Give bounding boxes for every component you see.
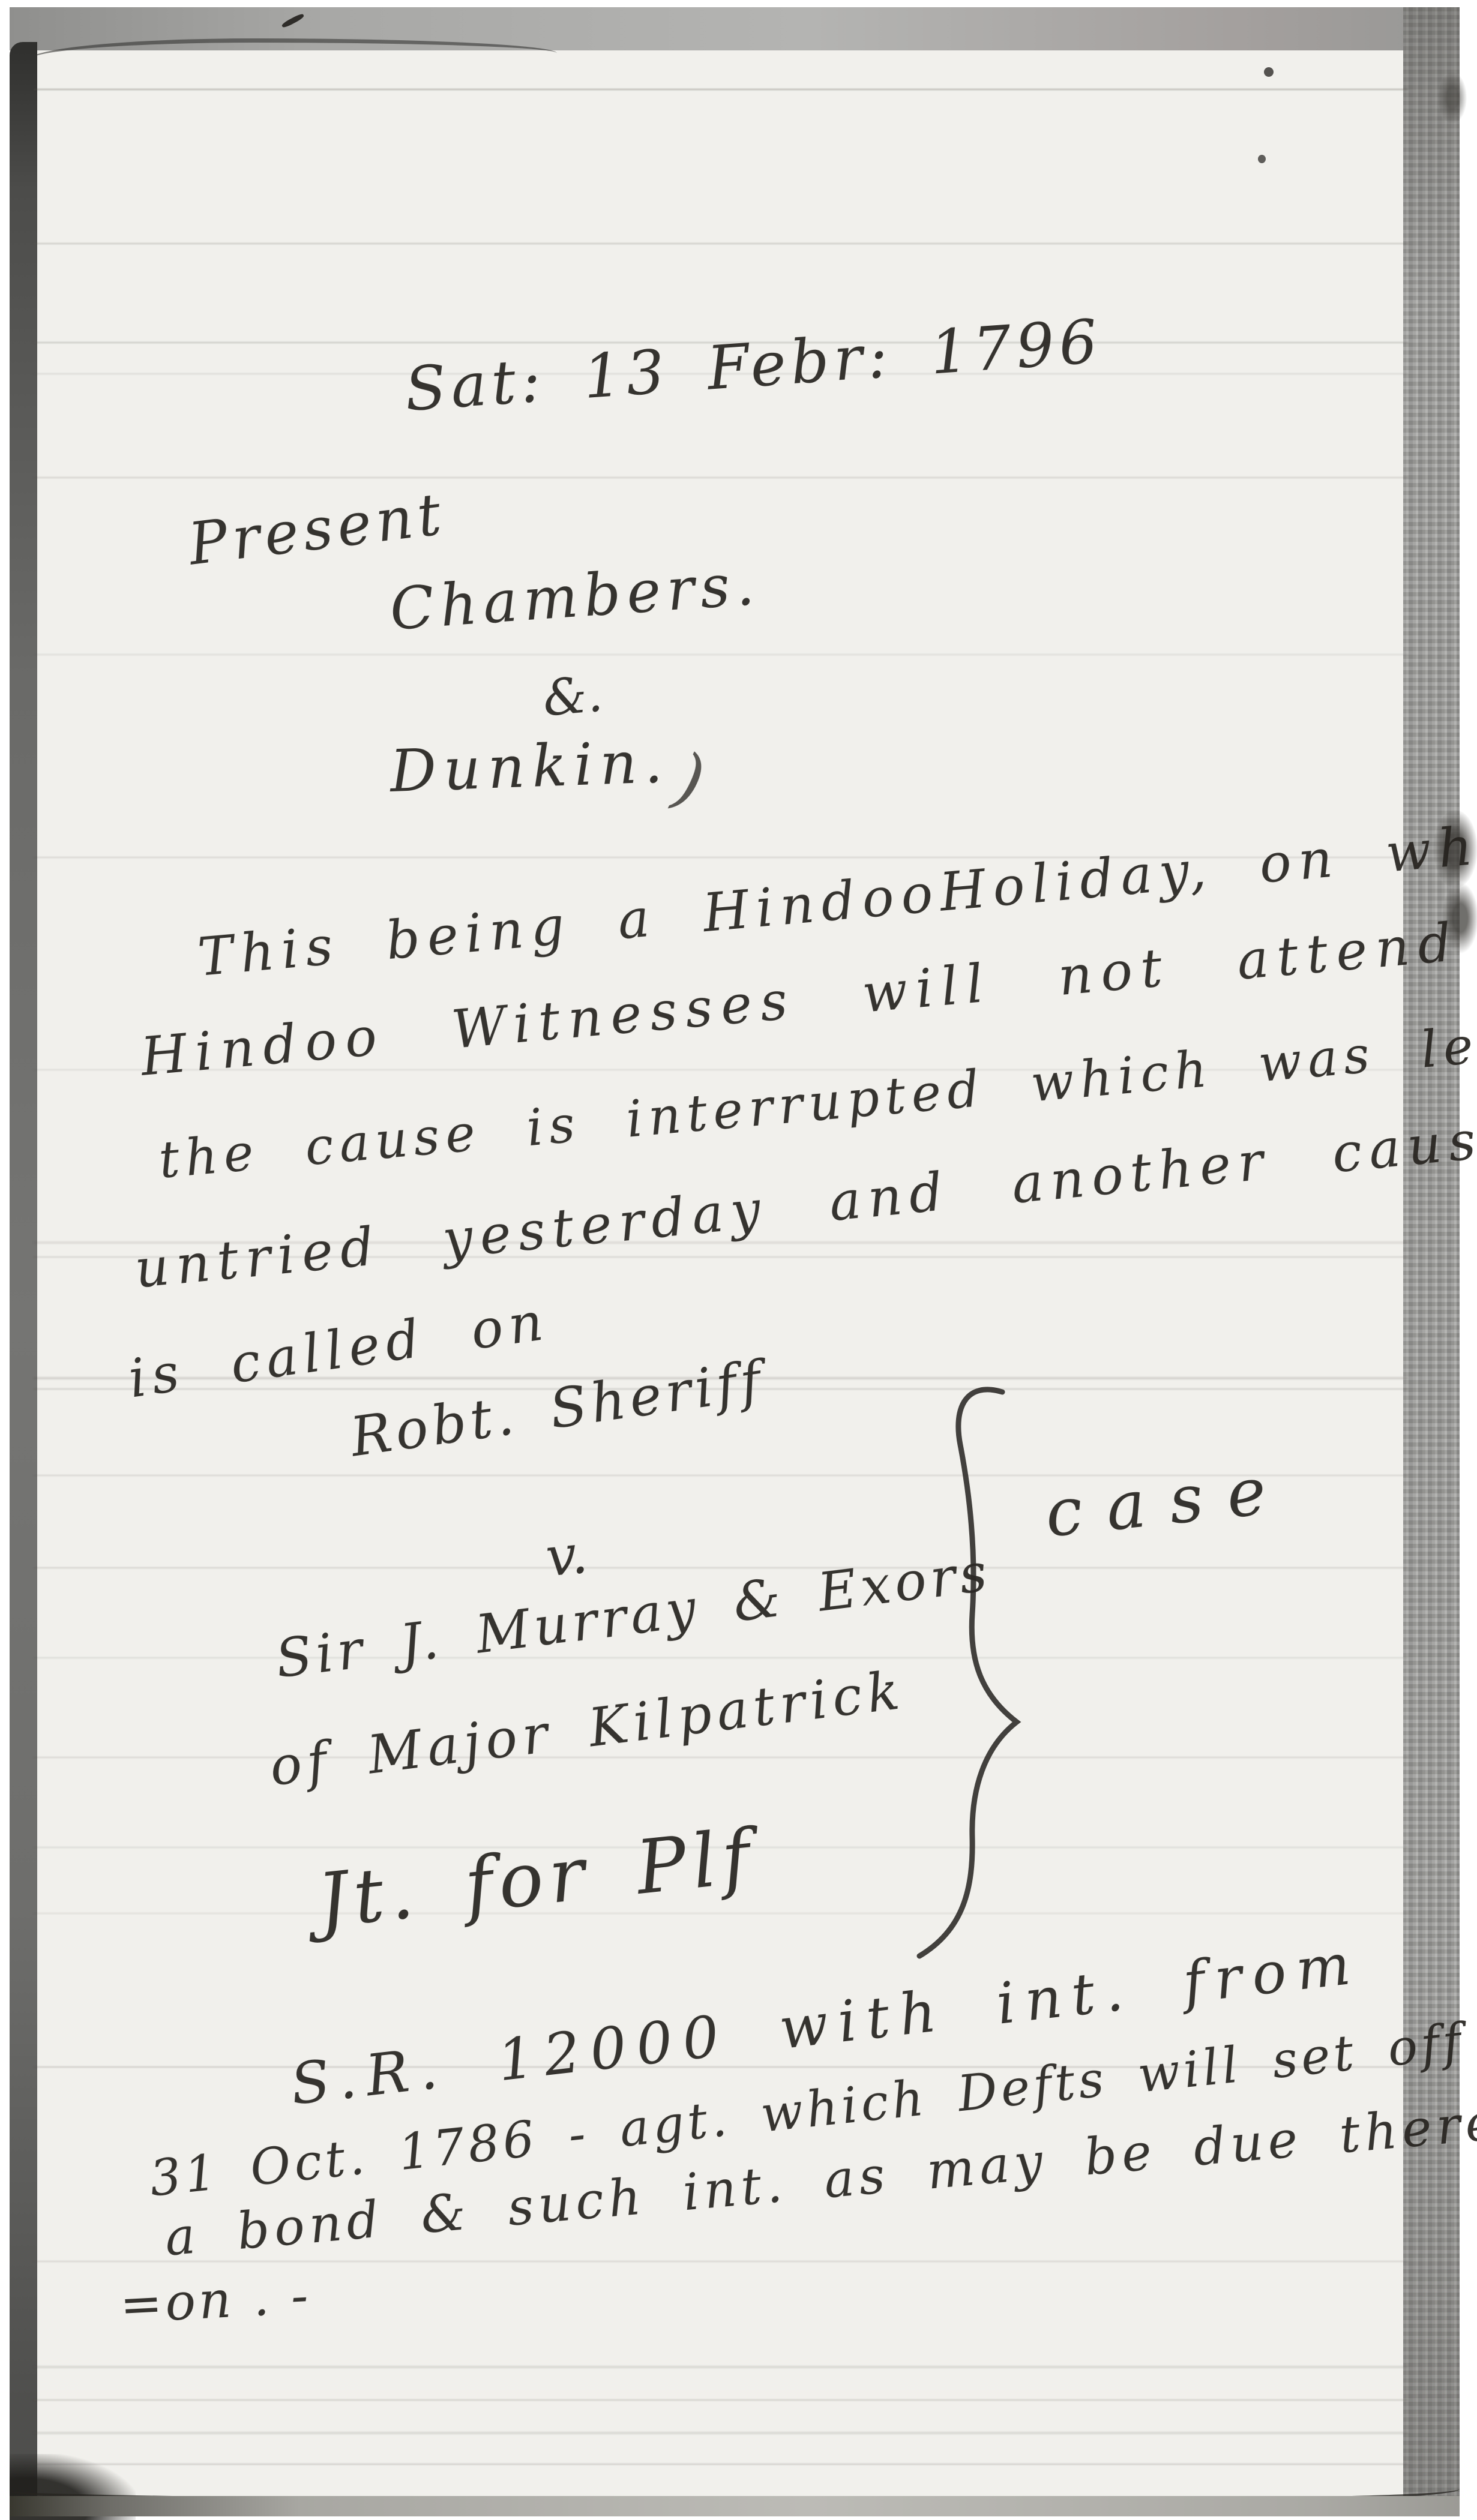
judge-dunkin: Dunkin. bbox=[389, 733, 670, 800]
gutter-blotch bbox=[1438, 72, 1467, 124]
manuscript-scan: Sat: 13 Febr: 1796 Present Chambers. &. … bbox=[0, 0, 1477, 2520]
versus-mark: v. bbox=[543, 1527, 590, 1585]
left-binding-edge bbox=[10, 42, 37, 2496]
ink-speck bbox=[1264, 67, 1274, 77]
case-brace bbox=[899, 1379, 1037, 1973]
ink-speck bbox=[1258, 155, 1266, 163]
case-brace-path bbox=[919, 1390, 1017, 1956]
ampersand: &. bbox=[541, 670, 604, 724]
bottom-scan-band bbox=[10, 2496, 1460, 2516]
scan-streak-lines bbox=[34, 0, 1408, 1]
award-line: =on . - bbox=[119, 2270, 313, 2330]
